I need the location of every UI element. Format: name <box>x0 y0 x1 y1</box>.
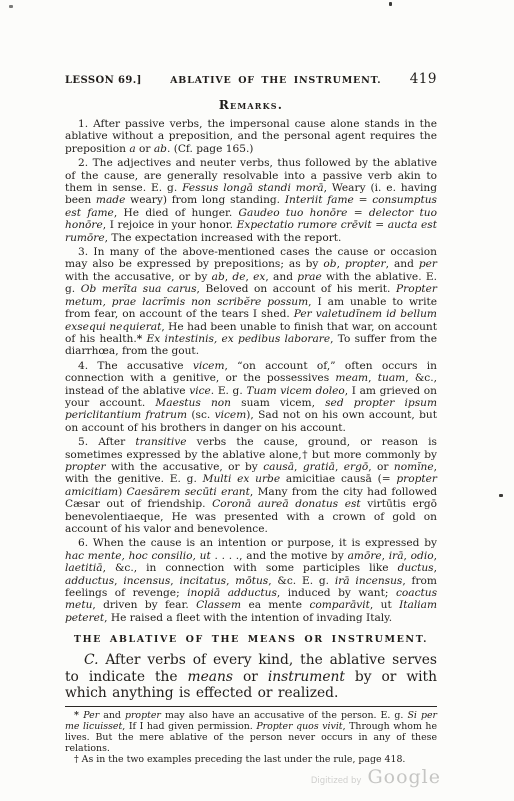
lesson-label: LESSON 69.] <box>65 75 142 86</box>
text-column: LESSON 69.] ABLATIVE OF THE INSTRUMENT. … <box>65 71 437 766</box>
rule-c-paragraph: C. After verbs of every kind, the ablati… <box>65 652 437 702</box>
page-number: 419 <box>410 71 437 87</box>
scan-speck-right-edge <box>499 494 503 497</box>
footnote-divider <box>65 706 437 707</box>
scan-speck-top-right <box>389 2 392 6</box>
google-logo: Google <box>367 766 441 788</box>
remark-paragraph-1: 1. After passive verbs, the impersonal c… <box>65 118 437 155</box>
remark-paragraph-2: 2. The adjectives and neuter verbs, thus… <box>65 157 437 244</box>
remark-paragraph-5: 5. After transitive verbs the cause, gro… <box>65 436 437 535</box>
remark-paragraph-3: 3. In many of the above-mentioned cases … <box>65 246 437 358</box>
footnote-asterisk: * Per and propter may also have an accus… <box>65 710 437 754</box>
running-title: ABLATIVE OF THE INSTRUMENT. <box>142 75 410 86</box>
remark-paragraph-6: 6. When the cause is an intention or pur… <box>65 537 437 624</box>
remark-paragraph-4: 4. The accusative vicem, “on account of,… <box>65 360 437 434</box>
remarks-heading: Remarks. <box>65 98 437 112</box>
digitized-by-text: Digitized by <box>311 776 362 786</box>
book-page-scan: LESSON 69.] ABLATIVE OF THE INSTRUMENT. … <box>0 0 514 801</box>
scan-speck-top-left <box>9 5 13 8</box>
page-header: LESSON 69.] ABLATIVE OF THE INSTRUMENT. … <box>65 71 437 87</box>
watermark: Digitized by Google <box>311 766 441 788</box>
section-heading: THE ABLATIVE OF THE MEANS OR INSTRUMENT. <box>65 634 437 645</box>
footnote-dagger: † As in the two examples preceding the l… <box>65 754 437 765</box>
